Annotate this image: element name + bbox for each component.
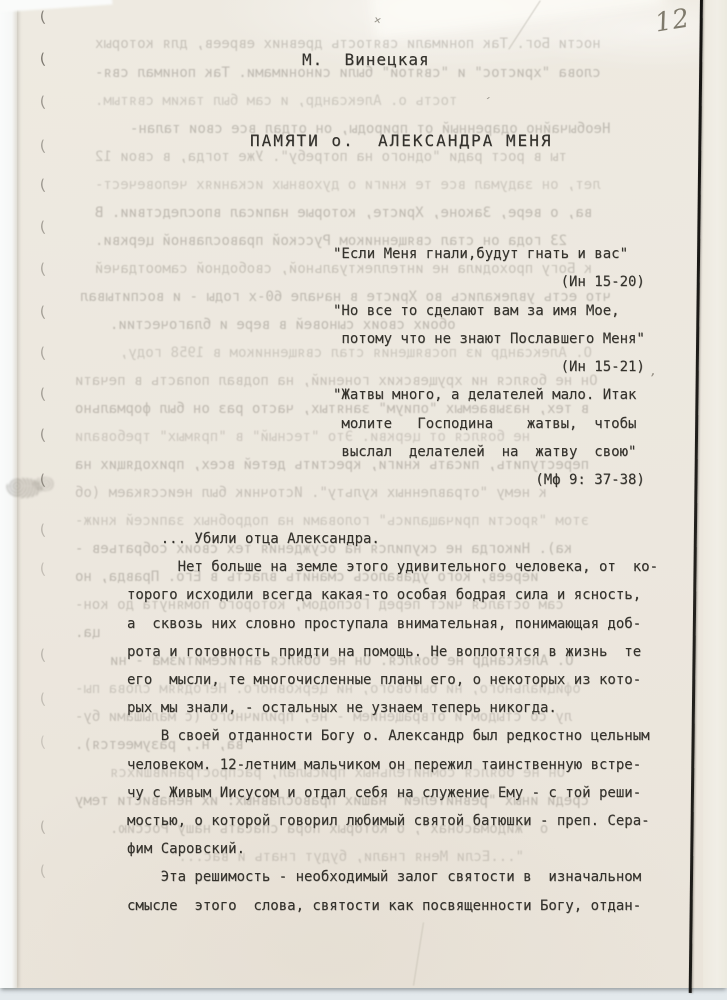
- scanned-document-screenshot: { "document": { "page_number": "12", "au…: [0, 0, 727, 1000]
- binding-mark-icon: (: [37, 303, 48, 322]
- bleedthrough-line: лет, он задумал все те книги о духовных …: [95, 177, 601, 193]
- binding-mark-icon: (: [37, 862, 48, 881]
- document-page: ности Бог. Так понимали святость древних…: [0, 0, 727, 988]
- body-text: ... Убили отца Александра. Нет больше на…: [127, 525, 658, 920]
- binding-mark-icon: (: [37, 50, 48, 69]
- binding-mark-icon: (: [37, 646, 48, 665]
- handwritten-page-number: 12: [653, 3, 692, 38]
- bleedthrough-line: ты в рост ради "одного на потребу". Уже …: [95, 149, 567, 165]
- bleedthrough-line: ва, о вере, Законе, Христе, которые напи…: [95, 205, 592, 221]
- binding-mark-icon: (: [37, 218, 48, 237]
- binding-mark-icon: (: [37, 176, 48, 195]
- epigraph-quotes: "Если Меня гнали,будут гнать и вас" (Ин …: [333, 240, 645, 495]
- ink-smudge: [33, 477, 55, 491]
- binding-mark-icon: (: [37, 137, 48, 156]
- bleedthrough-line: тость о. Александр, и сам был таким свят…: [95, 93, 457, 109]
- binding-mark-icon: (: [37, 560, 48, 579]
- binding-mark-icon: (: [37, 385, 48, 404]
- author-line: М. Винецкая: [302, 50, 430, 69]
- bleedthrough-line: ца.: [75, 625, 100, 641]
- binding-mark-icon: (: [37, 733, 48, 752]
- underlying-page-edge: [703, 0, 727, 988]
- binding-mark-icon: (: [37, 93, 48, 112]
- binding-mark-icon: (: [37, 690, 48, 709]
- binding-mark-icon: (: [37, 344, 48, 363]
- binding-mark-icon: (: [37, 521, 48, 540]
- document-title: ПАМЯТИ о. АЛЕКСАНДРА МЕНЯ: [250, 131, 552, 150]
- binding-mark-icon: (: [37, 818, 48, 837]
- binding-mark-icon: (: [37, 8, 48, 27]
- binding-mark-icon: (: [37, 260, 48, 279]
- binding-mark-icon: (: [37, 426, 48, 445]
